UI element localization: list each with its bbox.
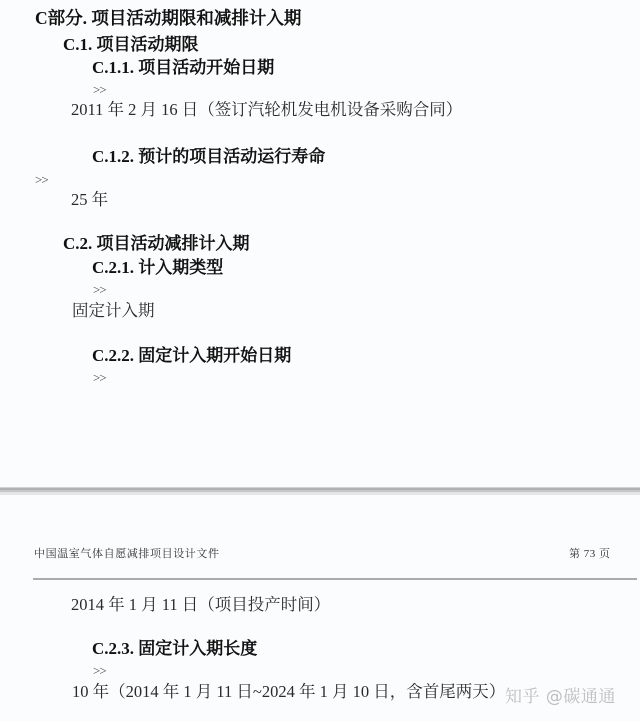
section-c21-title: C.2.1. 计入期类型 <box>92 259 223 276</box>
page-break-divider <box>0 487 640 495</box>
section-c11-title: C.1.1. 项目活动开始日期 <box>92 59 274 76</box>
c12-marker: >> <box>35 173 48 186</box>
section-c23-title: C.2.3. 固定计入期长度 <box>92 640 257 657</box>
section-c1-title: C.1. 项目活动期限 <box>63 36 199 53</box>
c21-marker: >> <box>93 283 106 296</box>
section-c2-title: C.2. 项目活动减排计入期 <box>63 235 250 252</box>
c22-value: 2014 年 1 月 11 日（项目投产时间） <box>71 597 330 614</box>
c21-value: 固定计入期 <box>72 303 155 320</box>
c11-value: 2011 年 2 月 16 日（签订汽轮机发电机设备采购合同） <box>71 102 462 119</box>
section-c12-title: C.1.2. 预计的项目活动运行寿命 <box>92 148 325 165</box>
running-header: 中国温室气体自愿减排项目设计文件 <box>34 545 220 561</box>
zhihu-watermark: 知乎 @碳通通 <box>505 682 616 707</box>
page-number: 第 73 页 <box>569 545 611 561</box>
c22-marker: >> <box>93 371 106 384</box>
c23-value: 10 年（2014 年 1 月 11 日~2024 年 1 月 10 日，含首尾… <box>72 684 505 701</box>
c11-marker: >> <box>93 83 106 96</box>
document-page-top: C部分. 项目活动期限和减排计入期 C.1. 项目活动期限 C.1.1. 项目活… <box>0 0 640 487</box>
section-c-title: C部分. 项目活动期限和减排计入期 <box>35 10 301 28</box>
c12-value: 25 年 <box>71 192 108 209</box>
section-c22-title: C.2.2. 固定计入期开始日期 <box>92 347 291 364</box>
header-rule <box>33 578 637 580</box>
c23-marker: >> <box>93 664 106 677</box>
